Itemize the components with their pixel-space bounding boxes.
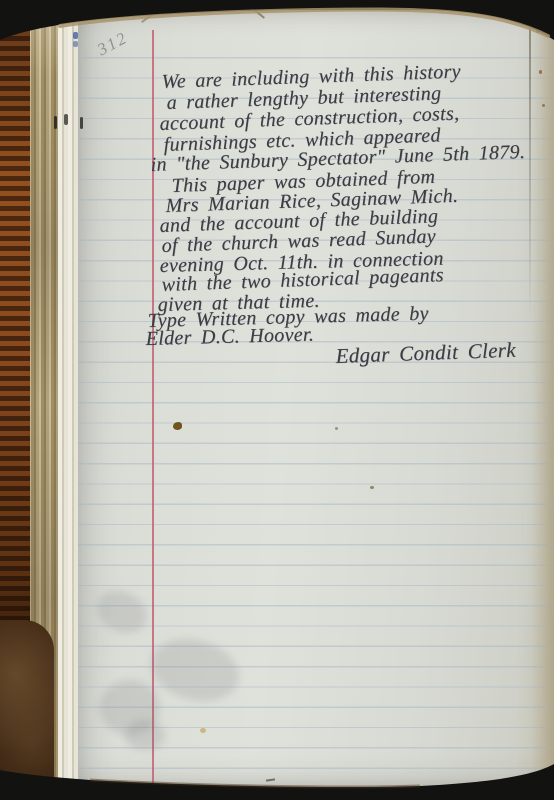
paper-speck (335, 427, 338, 430)
edge-ink-mark (64, 114, 68, 125)
blue-ink-mark (73, 32, 78, 39)
edge-ink-mark (54, 116, 57, 129)
pencil-smudge (125, 720, 165, 750)
foxing-spot (539, 70, 542, 74)
ledger-page (70, 10, 554, 794)
edge-ink-mark (80, 117, 83, 129)
foxing-spot (542, 104, 545, 107)
leather-cover-bottom-corner (0, 620, 54, 800)
ink-stain (173, 422, 182, 430)
paper-speck (370, 486, 374, 489)
leather-spine (0, 26, 30, 626)
page-right-edge-shading (531, 10, 554, 794)
blue-ink-mark (73, 41, 78, 47)
yellow-stain (200, 728, 206, 733)
page-right-crease (529, 26, 531, 326)
foxing-spot (536, 28, 540, 33)
ledger-book-photo: 312 Edgar Condit Clerk We are including … (0, 0, 554, 800)
ruled-lines (70, 38, 554, 794)
page-edge-slivers (58, 10, 78, 792)
